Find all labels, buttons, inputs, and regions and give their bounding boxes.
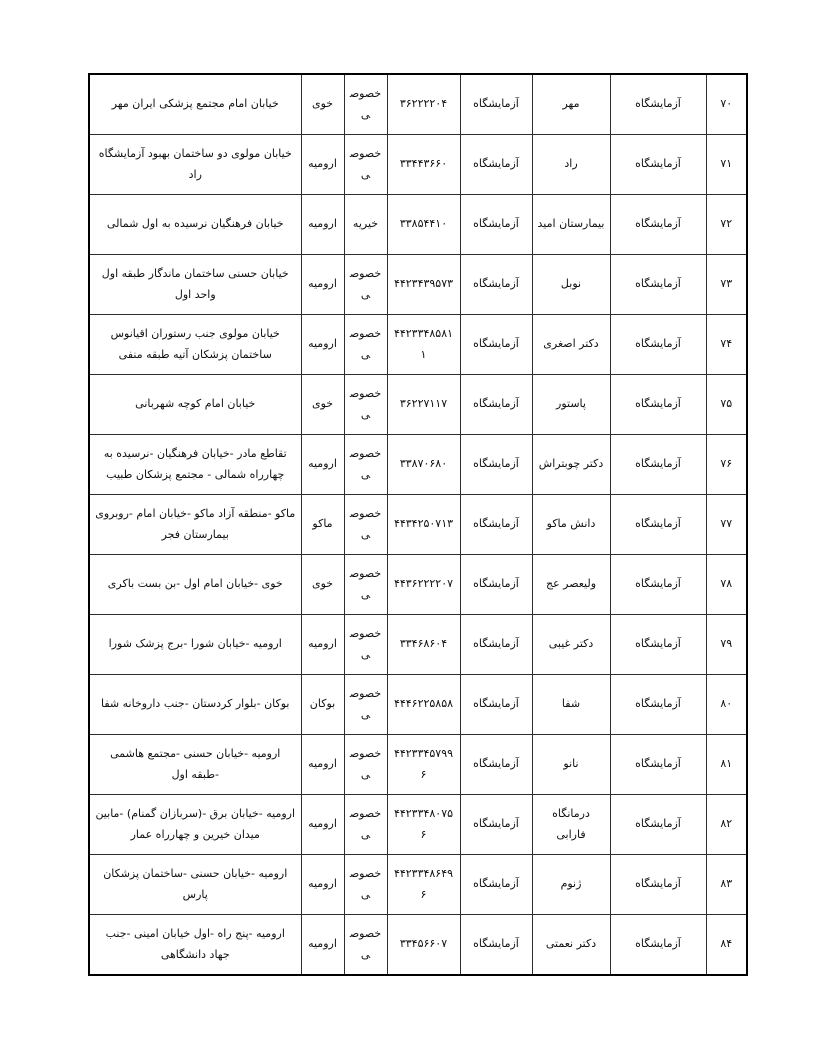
cell-address: خیابان فرهنگیان نرسیده به اول شمالی bbox=[89, 195, 301, 255]
cell-facility-type-2: آزمایشگاه bbox=[460, 135, 532, 195]
cell-ownership: خصوصی bbox=[344, 315, 387, 375]
cell-phone-number: ۴۴۳۶۲۲۲۲۰۷ bbox=[387, 555, 460, 615]
table-row: ۷۴آزمایشگاهدکتر اصغریآزمایشگاه۴۴۲۳۳۴۸۵۸۱… bbox=[89, 315, 747, 375]
cell-city: ارومیه bbox=[301, 855, 344, 915]
cell-facility-type: آزمایشگاه bbox=[610, 195, 706, 255]
cell-facility-type-2: آزمایشگاه bbox=[460, 255, 532, 315]
cell-facility-type-2: آزمایشگاه bbox=[460, 315, 532, 375]
cell-facility-type: آزمایشگاه bbox=[610, 435, 706, 495]
cell-ownership: خصوصی bbox=[344, 855, 387, 915]
cell-facility-type-2: آزمایشگاه bbox=[460, 855, 532, 915]
cell-facility-type-2: آزمایشگاه bbox=[460, 795, 532, 855]
table-row: ۸۲آزمایشگاهدرمانگاه فارابیآزمایشگاه۴۴۲۳۳… bbox=[89, 795, 747, 855]
cell-phone-number: ۳۳۴۵۶۶۰۷ bbox=[387, 915, 460, 976]
cell-lab-name: دکتر نعمتی bbox=[532, 915, 610, 976]
cell-phone-number: ۳۳۸۷۰۶۸۰ bbox=[387, 435, 460, 495]
cell-phone-number: ۳۶۲۲۲۲۰۴ bbox=[387, 74, 460, 135]
cell-city: ارومیه bbox=[301, 615, 344, 675]
cell-city: خوی bbox=[301, 375, 344, 435]
cell-lab-name: نوبل bbox=[532, 255, 610, 315]
table-row: ۷۳آزمایشگاهنوبلآزمایشگاه۴۴۲۳۴۳۹۵۷۳خصوصیا… bbox=[89, 255, 747, 315]
cell-phone-number: ۴۴۲۳۳۴۸۰۷۵۶ bbox=[387, 795, 460, 855]
cell-facility-type: آزمایشگاه bbox=[610, 74, 706, 135]
cell-facility-type: آزمایشگاه bbox=[610, 555, 706, 615]
cell-row-number: ۷۲ bbox=[706, 195, 747, 255]
cell-facility-type-2: آزمایشگاه bbox=[460, 915, 532, 976]
cell-facility-type-2: آزمایشگاه bbox=[460, 555, 532, 615]
cell-phone-number: ۴۴۲۳۳۴۸۶۴۹۶ bbox=[387, 855, 460, 915]
table-row: ۷۷آزمایشگاهدانش ماکوآزمایشگاه۴۴۳۴۲۵۰۷۱۳خ… bbox=[89, 495, 747, 555]
cell-facility-type: آزمایشگاه bbox=[610, 255, 706, 315]
cell-lab-name: دکتر چوبتراش bbox=[532, 435, 610, 495]
cell-row-number: ۸۴ bbox=[706, 915, 747, 976]
cell-lab-name: ژنوم bbox=[532, 855, 610, 915]
cell-phone-number: ۴۴۳۴۲۵۰۷۱۳ bbox=[387, 495, 460, 555]
cell-ownership: خصوصی bbox=[344, 675, 387, 735]
cell-address: خیابان مولوی دو ساختمان بهبود آزمایشگاه … bbox=[89, 135, 301, 195]
table-row: ۷۶آزمایشگاهدکتر چوبتراشآزمایشگاه۳۳۸۷۰۶۸۰… bbox=[89, 435, 747, 495]
cell-row-number: ۸۰ bbox=[706, 675, 747, 735]
table-row: ۷۵آزمایشگاهپاستورآزمایشگاه۳۶۲۲۷۱۱۷خصوصیخ… bbox=[89, 375, 747, 435]
cell-address: ارومیه -پنج راه -اول خیابان امینی -جنب ج… bbox=[89, 915, 301, 976]
cell-lab-name: درمانگاه فارابی bbox=[532, 795, 610, 855]
cell-ownership: خصوصی bbox=[344, 375, 387, 435]
cell-facility-type: آزمایشگاه bbox=[610, 675, 706, 735]
cell-lab-name: نانو bbox=[532, 735, 610, 795]
cell-address: ماکو -منطقه آزاد ماکو -خیابان امام -روبر… bbox=[89, 495, 301, 555]
cell-row-number: ۷۵ bbox=[706, 375, 747, 435]
cell-ownership: خصوصی bbox=[344, 915, 387, 976]
table-row: ۸۰آزمایشگاهشفاآزمایشگاه۴۴۴۶۲۲۵۸۵۸خصوصیبو… bbox=[89, 675, 747, 735]
cell-address: خیابان مولوی جنب رستوران اقیانوس ساختمان… bbox=[89, 315, 301, 375]
cell-row-number: ۷۳ bbox=[706, 255, 747, 315]
cell-phone-number: ۳۳۸۵۴۴۱۰ bbox=[387, 195, 460, 255]
cell-phone-number: ۳۶۲۲۷۱۱۷ bbox=[387, 375, 460, 435]
cell-city: ارومیه bbox=[301, 435, 344, 495]
cell-phone-number: ۴۴۲۳۴۳۹۵۷۳ bbox=[387, 255, 460, 315]
cell-facility-type-2: آزمایشگاه bbox=[460, 435, 532, 495]
cell-row-number: ۸۳ bbox=[706, 855, 747, 915]
cell-address: ارومیه -خیابان شورا -برج پزشک شورا bbox=[89, 615, 301, 675]
laboratory-table: ۷۰آزمایشگاهمهرآزمایشگاه۳۶۲۲۲۲۰۴خصوصیخویخ… bbox=[88, 73, 748, 976]
cell-lab-name: دکتر غیبی bbox=[532, 615, 610, 675]
cell-address: ارومیه -خیابان حسنی -مجتمع هاشمی -طبقه ا… bbox=[89, 735, 301, 795]
cell-row-number: ۷۹ bbox=[706, 615, 747, 675]
cell-city: ارومیه bbox=[301, 255, 344, 315]
cell-ownership: خصوصی bbox=[344, 435, 387, 495]
cell-address: ارومیه -خیابان حسنی -ساختمان پزشکان پارس bbox=[89, 855, 301, 915]
cell-lab-name: شفا bbox=[532, 675, 610, 735]
cell-phone-number: ۴۴۲۳۳۴۵۷۹۹۶ bbox=[387, 735, 460, 795]
cell-facility-type: آزمایشگاه bbox=[610, 495, 706, 555]
cell-facility-type-2: آزمایشگاه bbox=[460, 615, 532, 675]
cell-ownership: خصوصی bbox=[344, 135, 387, 195]
cell-ownership: خصوصی bbox=[344, 255, 387, 315]
cell-ownership: خصوصی bbox=[344, 735, 387, 795]
cell-lab-name: ولیعصر عج bbox=[532, 555, 610, 615]
cell-lab-name: دانش ماکو bbox=[532, 495, 610, 555]
table-row: ۷۹آزمایشگاهدکتر غیبیآزمایشگاه۳۳۴۶۸۶۰۴خصو… bbox=[89, 615, 747, 675]
cell-city: ماکو bbox=[301, 495, 344, 555]
cell-lab-name: پاستور bbox=[532, 375, 610, 435]
table-row: ۷۸آزمایشگاهولیعصر عجآزمایشگاه۴۴۳۶۲۲۲۲۰۷خ… bbox=[89, 555, 747, 615]
cell-row-number: ۷۰ bbox=[706, 74, 747, 135]
cell-row-number: ۸۲ bbox=[706, 795, 747, 855]
cell-city: ارومیه bbox=[301, 315, 344, 375]
cell-row-number: ۸۱ bbox=[706, 735, 747, 795]
cell-address: بوکان -بلوار کردستان -جنب داروخانه شفا bbox=[89, 675, 301, 735]
cell-facility-type-2: آزمایشگاه bbox=[460, 375, 532, 435]
cell-facility-type: آزمایشگاه bbox=[610, 915, 706, 976]
cell-row-number: ۷۴ bbox=[706, 315, 747, 375]
cell-address: تقاطع مادر -خیابان فرهنگیان -نرسیده به چ… bbox=[89, 435, 301, 495]
cell-city: خوی bbox=[301, 555, 344, 615]
cell-row-number: ۷۸ bbox=[706, 555, 747, 615]
cell-city: بوکان bbox=[301, 675, 344, 735]
cell-phone-number: ۴۴۴۶۲۲۵۸۵۸ bbox=[387, 675, 460, 735]
cell-address: خیابان امام مجتمع پزشکی ایران مهر bbox=[89, 74, 301, 135]
lab-table-body: ۷۰آزمایشگاهمهرآزمایشگاه۳۶۲۲۲۲۰۴خصوصیخویخ… bbox=[89, 74, 747, 975]
document-page: ۷۰آزمایشگاهمهرآزمایشگاه۳۶۲۲۲۲۰۴خصوصیخویخ… bbox=[0, 0, 816, 1056]
table-row: ۷۲آزمایشگاهبیمارستان امیدآزمایشگاه۳۳۸۵۴۴… bbox=[89, 195, 747, 255]
cell-address: خوی -خیابان امام اول -بن بست باکری bbox=[89, 555, 301, 615]
cell-address: خیابان حسنی ساختمان ماندگار طبقه اول واح… bbox=[89, 255, 301, 315]
table-row: ۷۰آزمایشگاهمهرآزمایشگاه۳۶۲۲۲۲۰۴خصوصیخویخ… bbox=[89, 74, 747, 135]
cell-row-number: ۷۷ bbox=[706, 495, 747, 555]
table-row: ۸۳آزمایشگاهژنومآزمایشگاه۴۴۲۳۳۴۸۶۴۹۶خصوصی… bbox=[89, 855, 747, 915]
cell-row-number: ۷۶ bbox=[706, 435, 747, 495]
cell-facility-type: آزمایشگاه bbox=[610, 795, 706, 855]
cell-lab-name: دکتر اصغری bbox=[532, 315, 610, 375]
cell-facility-type-2: آزمایشگاه bbox=[460, 495, 532, 555]
cell-facility-type: آزمایشگاه bbox=[610, 855, 706, 915]
cell-ownership: خصوصی bbox=[344, 615, 387, 675]
cell-phone-number: ۴۴۲۳۳۴۸۵۸۱۱ bbox=[387, 315, 460, 375]
cell-facility-type: آزمایشگاه bbox=[610, 615, 706, 675]
cell-ownership: خصوصی bbox=[344, 795, 387, 855]
table-row: ۸۱آزمایشگاهنانوآزمایشگاه۴۴۲۳۳۴۵۷۹۹۶خصوصی… bbox=[89, 735, 747, 795]
cell-ownership: خصوصی bbox=[344, 495, 387, 555]
cell-city: ارومیه bbox=[301, 735, 344, 795]
cell-city: خوی bbox=[301, 74, 344, 135]
cell-lab-name: مهر bbox=[532, 74, 610, 135]
table-row: ۷۱آزمایشگاهرادآزمایشگاه۳۳۴۴۳۶۶۰خصوصیاروم… bbox=[89, 135, 747, 195]
cell-facility-type-2: آزمایشگاه bbox=[460, 735, 532, 795]
cell-address: ارومیه -خیابان برق -(سربازان گمنام) -ماب… bbox=[89, 795, 301, 855]
cell-facility-type: آزمایشگاه bbox=[610, 315, 706, 375]
cell-facility-type-2: آزمایشگاه bbox=[460, 675, 532, 735]
cell-facility-type: آزمایشگاه bbox=[610, 375, 706, 435]
cell-ownership: خیریه bbox=[344, 195, 387, 255]
cell-city: ارومیه bbox=[301, 915, 344, 976]
cell-city: ارومیه bbox=[301, 135, 344, 195]
cell-row-number: ۷۱ bbox=[706, 135, 747, 195]
cell-city: ارومیه bbox=[301, 195, 344, 255]
cell-address: خیابان امام کوچه شهربانی bbox=[89, 375, 301, 435]
cell-city: ارومیه bbox=[301, 795, 344, 855]
table-row: ۸۴آزمایشگاهدکتر نعمتیآزمایشگاه۳۳۴۵۶۶۰۷خص… bbox=[89, 915, 747, 976]
cell-lab-name: راد bbox=[532, 135, 610, 195]
cell-ownership: خصوصی bbox=[344, 74, 387, 135]
cell-ownership: خصوصی bbox=[344, 555, 387, 615]
cell-phone-number: ۳۳۴۶۸۶۰۴ bbox=[387, 615, 460, 675]
laboratory-table-container: ۷۰آزمایشگاهمهرآزمایشگاه۳۶۲۲۲۲۰۴خصوصیخویخ… bbox=[90, 73, 748, 976]
cell-facility-type: آزمایشگاه bbox=[610, 735, 706, 795]
cell-facility-type-2: آزمایشگاه bbox=[460, 195, 532, 255]
cell-lab-name: بیمارستان امید bbox=[532, 195, 610, 255]
cell-phone-number: ۳۳۴۴۳۶۶۰ bbox=[387, 135, 460, 195]
cell-facility-type-2: آزمایشگاه bbox=[460, 74, 532, 135]
cell-facility-type: آزمایشگاه bbox=[610, 135, 706, 195]
